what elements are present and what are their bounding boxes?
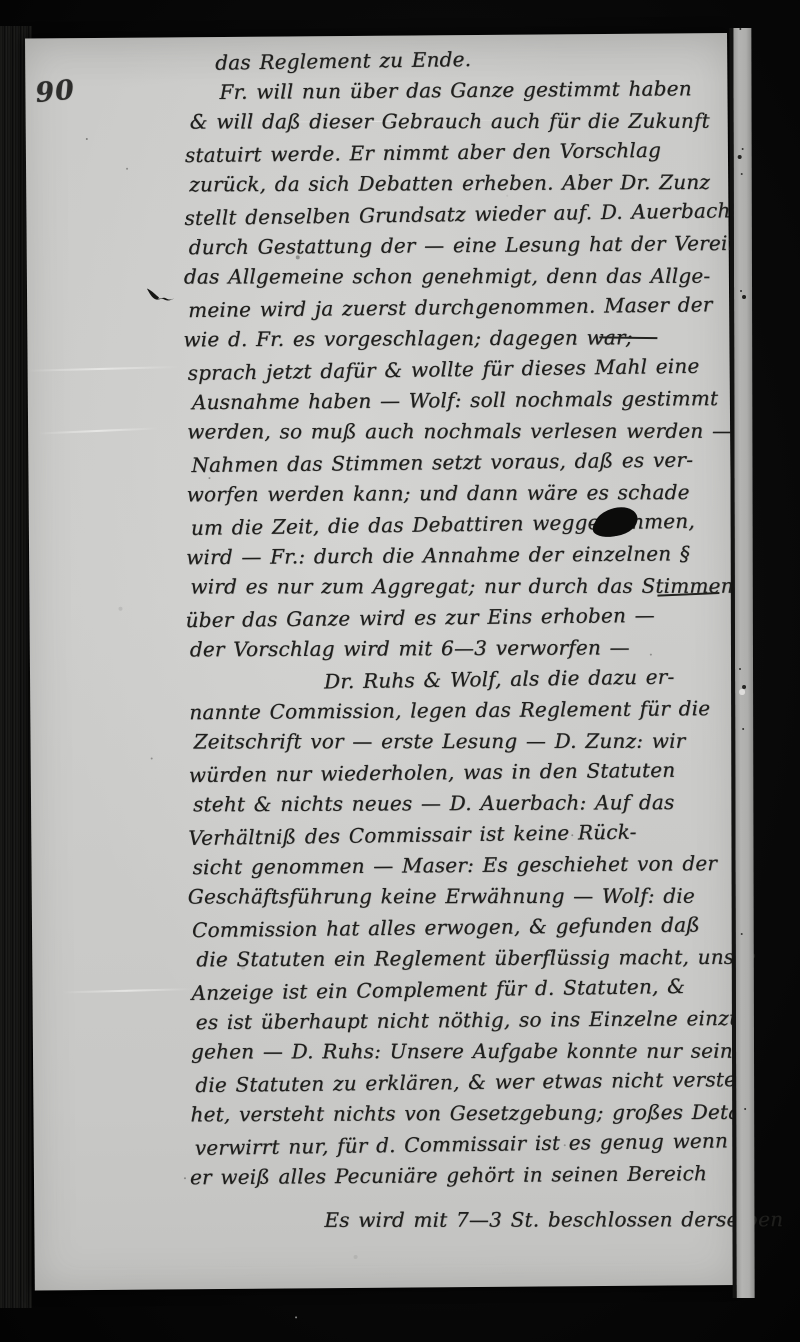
- manuscript-line: statuirt werde. Er nimmt aber den Vorsch…: [185, 137, 730, 174]
- manuscript-line: wird — Fr.: durch die Annahme der einzel…: [186, 541, 731, 576]
- manuscript-line: werden, so muß auch nochmals verlesen we…: [187, 419, 732, 451]
- manuscript-line: steht & nichts neues — D. Auerbach: Auf …: [193, 790, 738, 824]
- manuscript-line: es ist überhaupt nicht nöthig, so ins Ei…: [196, 1006, 741, 1041]
- manuscript-page: 90 das Reglement zu Ende.Fr. will nun üb…: [25, 33, 737, 1290]
- paper-specks: [86, 138, 88, 140]
- page-number: 90: [34, 74, 76, 109]
- manuscript-line: meine wird ja zuerst durchgenommen. Mase…: [188, 292, 733, 329]
- manuscript-line: Dr. Ruhs & Wolf, als die dazu er-: [324, 664, 739, 701]
- manuscript-line: Commission hat alles erwogen, & gefunden…: [192, 912, 737, 949]
- manuscript-line: gehen — D. Ruhs: Unsere Aufgabe konnte n…: [191, 1039, 736, 1071]
- manuscript-line: zurück, da sich Debatten erheben. Aber D…: [189, 170, 734, 204]
- manuscript-line: die Statuten zu erklären, & wer etwas ni…: [195, 1067, 740, 1104]
- manuscript-line: worfen werden kann; und dann wäre es sch…: [187, 480, 732, 514]
- manuscript-line: het, versteht nichts von Gesetzgebung; g…: [190, 1100, 735, 1134]
- margin-ink-mark: [145, 286, 179, 302]
- adjacent-page-edge: [729, 28, 754, 1298]
- paper-scratch: [38, 427, 158, 434]
- manuscript-line: das Allgemeine schon genehmigt, denn das…: [184, 264, 729, 296]
- manuscript-line: Geschäftsführung keine Erwähnung — Wolf:…: [188, 884, 733, 916]
- manuscript-line: Zeitschrift vor — erste Lesung — D. Zunz…: [194, 729, 739, 761]
- manuscript-line: sicht genommen — Maser: Es geschiehet vo…: [192, 851, 737, 886]
- manuscript-line: Es wird mit 7—3 St. beschlossen derselbe…: [324, 1207, 739, 1239]
- manuscript-line: Fr. will nun über das Ganze gestimmt hab…: [219, 76, 730, 111]
- manuscript-line: er weiß alles Pecuniäre gehört in seinen…: [190, 1161, 735, 1196]
- manuscript-text: das Reglement zu Ende.Fr. will nun über …: [185, 45, 739, 1241]
- manuscript-line: über das Ganze wird es zur Eins erhoben …: [185, 602, 730, 639]
- manuscript-line: die Statuten ein Reglement überflüssig m…: [196, 945, 741, 979]
- manuscript-line: der Vorschlag wird mit 6—3 verworfen —: [190, 635, 735, 669]
- scanned-photo-background: 90 das Reglement zu Ende.Fr. will nun üb…: [0, 0, 800, 1342]
- manuscript-line: wird es nur zum Aggregat; nur durch das …: [190, 574, 735, 606]
- manuscript-line: durch Gestattung der — eine Lesung hat d…: [189, 231, 734, 266]
- paper-scratch: [62, 988, 192, 993]
- manuscript-line: würden nur wiederholen, was in den Statu…: [189, 757, 734, 794]
- page-edge-specks: [739, 28, 741, 30]
- manuscript-line: wie d. Fr. es vorgeschlagen; dagegen war…: [183, 325, 728, 359]
- manuscript-line: & will daß dieser Gebrauch auch für die …: [190, 109, 735, 141]
- manuscript-line: Ausnahme haben — Wolf: soll nochmals ges…: [192, 386, 737, 421]
- paper-scratch: [28, 366, 178, 372]
- manuscript-line: nannte Commission, legen das Reglement f…: [189, 696, 734, 731]
- manuscript-line: Nahmen das Stimmen setzt voraus, daß es …: [191, 447, 736, 484]
